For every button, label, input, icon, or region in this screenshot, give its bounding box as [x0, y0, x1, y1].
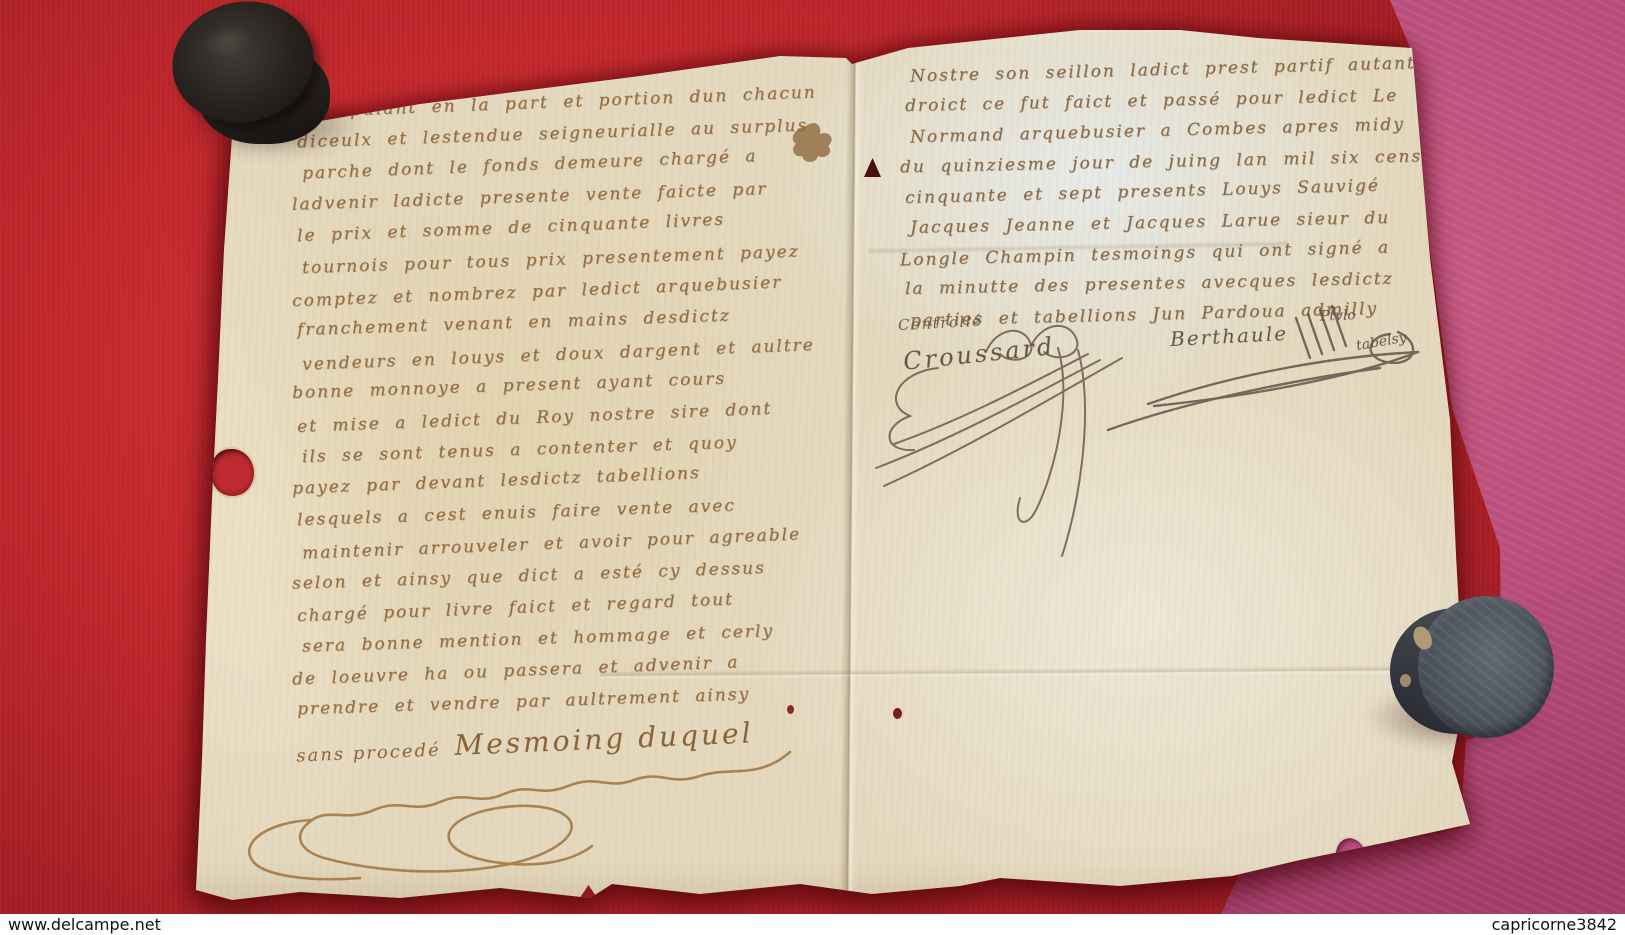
side-note: Ptvlo	[1320, 307, 1356, 324]
manuscript-line: cinquante et sept presents Louys Sauvigé	[905, 178, 1380, 207]
closing-prefix: sans procedé	[296, 740, 441, 767]
watermark-left: www.delcampe.net	[8, 917, 161, 933]
manuscript-line: du quinziesme jour de juing lan mil six …	[900, 148, 1422, 176]
paperweight-chip-mark	[1400, 674, 1411, 687]
paperweight-face	[1418, 596, 1554, 738]
manuscript-line: Jacques Jeanne et Jacques Larue sieur du	[910, 210, 1390, 237]
manuscript-line: Nostre son seillon ladict prest partif a…	[910, 55, 1416, 85]
photo-scene: Stipulant en la part et portion dun chac…	[0, 0, 1625, 935]
manuscript-line: Longle Champin tesmoings qui ont signé a	[900, 239, 1390, 269]
paperweight-top-left	[166, 0, 338, 146]
watermark-right: capricorne3842	[1492, 917, 1617, 933]
manuscript-line: la minutte des presentes avecques lesdic…	[905, 271, 1394, 298]
manuscript-line: droict ce fut faict et passé pour ledict…	[905, 87, 1399, 114]
manuscript-line: Normand arquebusier a Combes apres midy	[910, 117, 1405, 147]
watermark-bar: www.delcampe.net capricorne3842	[0, 914, 1625, 935]
paperweight-right	[1390, 596, 1554, 742]
